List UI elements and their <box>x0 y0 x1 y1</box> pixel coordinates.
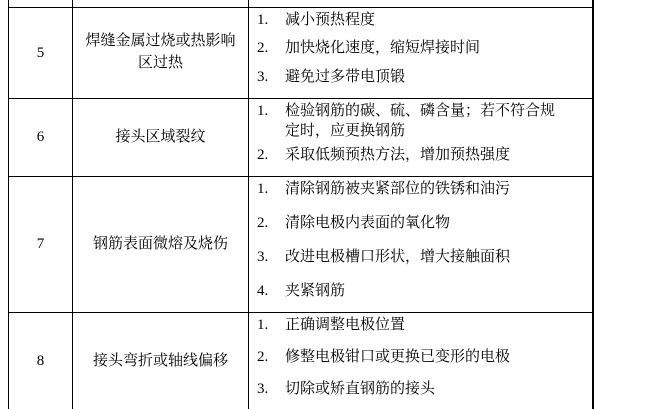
table-row: 6 接头区域裂纹 1. 检验钢筋的碳、硫、磷含量；若不符合规定时，应更换钢筋 2… <box>9 99 593 177</box>
remedies-list: 1. 检验钢筋的碳、硫、磷含量；若不符合规定时，应更换钢筋 2. 采取低频预热方… <box>249 99 592 170</box>
defect-cell: 焊缝金属过烧或热影响区过热 <box>73 8 249 99</box>
remedy-number: 3. <box>257 247 285 267</box>
remedy-item: 2. 加快烧化速度，缩短焊接时间 <box>257 38 566 58</box>
table-row: 5 焊缝金属过烧或热影响区过热 1. 减小预热程度 2. 加快烧化速度，缩短焊接… <box>9 8 593 99</box>
defect-cell: 接头区域裂纹 <box>73 99 249 177</box>
remedy-text: 减小预热程度 <box>285 10 566 30</box>
remedy-item: 2. 修整电极钳口或更换已变形的电极 <box>257 347 566 367</box>
remedy-number: 1. <box>257 315 285 335</box>
remedy-number: 2. <box>257 213 285 233</box>
remedy-item: 1. 清除钢筋被夹紧部位的铁锈和油污 <box>257 179 566 199</box>
remedy-item: 2. 采取低频预热方法，增加预热强度 <box>257 145 566 165</box>
remedy-item: 1. 减小预热程度 <box>257 10 566 30</box>
row-number-cell: 8 <box>9 313 73 409</box>
remedies-list: 1. 正确调整电极位置 2. 修整电极钳口或更换已变形的电极 3. 切除或矫直钢… <box>249 313 592 404</box>
remedy-number: 3. <box>257 379 285 399</box>
row-number-cell: 7 <box>9 177 73 313</box>
cutoff-cell-number <box>9 0 73 8</box>
remedy-item: 3. 切除或矫直钢筋的接头 <box>257 379 566 399</box>
remedies-cell: 1. 减小预热程度 2. 加快烧化速度，缩短焊接时间 3. 避免过多带电顶锻 <box>249 8 593 99</box>
cutoff-cell-defect <box>73 0 249 8</box>
remedy-item: 3. 避免过多带电顶锻 <box>257 67 566 87</box>
remedies-cell: 1. 检验钢筋的碳、硫、磷含量；若不符合规定时，应更换钢筋 2. 采取低频预热方… <box>249 99 593 177</box>
remedy-text: 加快烧化速度，缩短焊接时间 <box>285 38 566 58</box>
remedy-item: 1. 正确调整电极位置 <box>257 315 566 335</box>
table-body: 5 焊缝金属过烧或热影响区过热 1. 减小预热程度 2. 加快烧化速度，缩短焊接… <box>9 0 593 409</box>
remedy-number: 1. <box>257 179 285 199</box>
remedy-number: 2. <box>257 38 285 58</box>
remedy-item: 3. 改进电极槽口形状，增大接触面积 <box>257 247 566 267</box>
remedy-number: 1. <box>257 10 285 30</box>
remedy-text: 正确调整电极位置 <box>285 315 566 335</box>
remedy-number: 3. <box>257 67 285 87</box>
defect-cell: 接头弯折或轴线偏移 <box>73 313 249 409</box>
remedy-text: 改进电极槽口形状，增大接触面积 <box>285 247 566 267</box>
row-number-cell: 6 <box>9 99 73 177</box>
remedy-item: 4. 夹紧钢筋 <box>257 281 566 301</box>
remedy-item: 1. 检验钢筋的碳、硫、磷含量；若不符合规定时，应更换钢筋 <box>257 101 566 142</box>
remedy-number: 2. <box>257 145 285 165</box>
remedy-number: 2. <box>257 347 285 367</box>
table-row: 7 钢筋表面微熔及烧伤 1. 清除钢筋被夹紧部位的铁锈和油污 2. 清除电极内表… <box>9 177 593 313</box>
cutoff-row-top <box>9 0 593 8</box>
remedies-cell: 1. 清除钢筋被夹紧部位的铁锈和油污 2. 清除电极内表面的氧化物 3. 改进电… <box>249 177 593 313</box>
remedy-text: 检验钢筋的碳、硫、磷含量；若不符合规定时，应更换钢筋 <box>285 101 566 142</box>
remedy-number: 4. <box>257 281 285 301</box>
document-page: 5 焊缝金属过烧或热影响区过热 1. 减小预热程度 2. 加快烧化速度，缩短焊接… <box>0 0 659 409</box>
remedy-text: 避免过多带电顶锻 <box>285 67 566 87</box>
cutoff-cell-remedies <box>249 0 593 8</box>
remedy-text: 采取低频预热方法，增加预热强度 <box>285 145 566 165</box>
remedy-text: 清除钢筋被夹紧部位的铁锈和油污 <box>285 179 566 199</box>
defect-remedy-table: 5 焊缝金属过烧或热影响区过热 1. 减小预热程度 2. 加快烧化速度，缩短焊接… <box>8 0 594 409</box>
remedies-cell: 1. 正确调整电极位置 2. 修整电极钳口或更换已变形的电极 3. 切除或矫直钢… <box>249 313 593 409</box>
remedies-list: 1. 减小预热程度 2. 加快烧化速度，缩短焊接时间 3. 避免过多带电顶锻 <box>249 8 592 92</box>
remedy-item: 2. 清除电极内表面的氧化物 <box>257 213 566 233</box>
table-row: 8 接头弯折或轴线偏移 1. 正确调整电极位置 2. 修整电极钳口或更换已变形的… <box>9 313 593 409</box>
remedy-text: 夹紧钢筋 <box>285 281 566 301</box>
remedies-list: 1. 清除钢筋被夹紧部位的铁锈和油污 2. 清除电极内表面的氧化物 3. 改进电… <box>249 177 592 306</box>
remedy-text: 清除电极内表面的氧化物 <box>285 213 566 233</box>
defect-cell: 钢筋表面微熔及烧伤 <box>73 177 249 313</box>
remedy-text: 切除或矫直钢筋的接头 <box>285 379 566 399</box>
remedy-text: 修整电极钳口或更换已变形的电极 <box>285 347 566 367</box>
row-number-cell: 5 <box>9 8 73 99</box>
remedy-number: 1. <box>257 101 285 142</box>
